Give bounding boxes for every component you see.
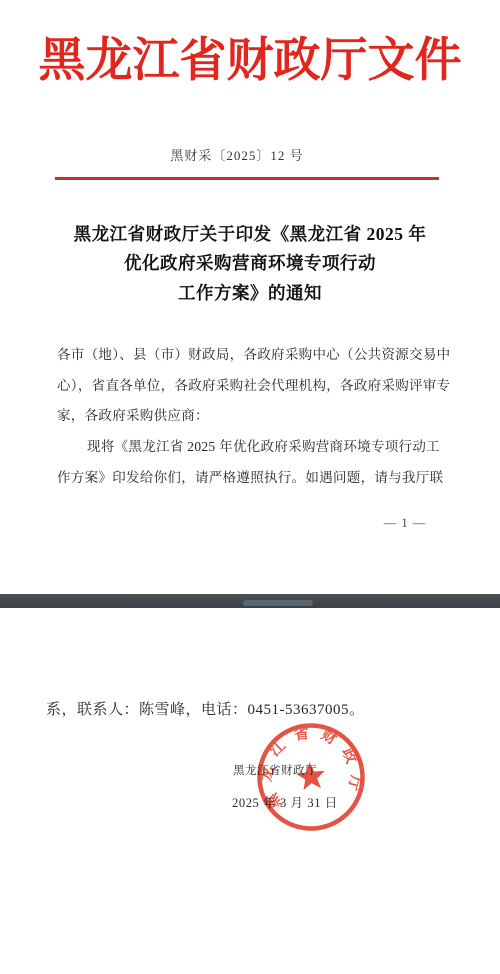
document-number: 黑财采〔2025〕12 号 xyxy=(0,146,487,166)
page-number: — 1 — xyxy=(350,516,460,531)
notice-title-line: 黑龙江省财政厅关于印发《黑龙江省 2025 年 xyxy=(0,220,500,249)
notice-title: 黑龙江省财政厅关于印发《黑龙江省 2025 年 优化政府采购营商环境专项行动 工… xyxy=(0,220,500,308)
body-line: 家，各政府采购供应商： xyxy=(57,401,457,432)
scan-artifact xyxy=(243,600,313,606)
official-seal: 黑龙江省财政厅 xyxy=(247,713,374,840)
body-text: 各市（地）、县（市）财政局，各政府采购中心（公共资源交易中 心），省直各单位，各… xyxy=(57,340,457,494)
seal-star-icon xyxy=(295,761,326,791)
body-line: 作方案》印发给你们，请严格遵照执行。如遇问题，请与我厅联 xyxy=(57,463,457,494)
contact-line: 系，联系人：陈雪峰，电话：0451-53637005。 xyxy=(46,698,365,719)
red-divider-line xyxy=(55,177,439,180)
body-line: 心），省直各单位，各政府采购社会代理机构，各政府采购评审专 xyxy=(57,371,457,402)
body-line: 各市（地）、县（市）财政局，各政府采购中心（公共资源交易中 xyxy=(57,340,457,371)
scanned-document-view: 黑龙江省财政厅文件 黑财采〔2025〕12 号 黑龙江省财政厅关于印发《黑龙江省… xyxy=(0,0,500,974)
document-header-title: 黑龙江省财政厅文件 xyxy=(0,30,500,92)
body-line: 现将《黑龙江省 2025 年优化政府采购营商环境专项行动工 xyxy=(57,432,457,463)
notice-title-line: 工作方案》的通知 xyxy=(0,279,500,308)
notice-title-line: 优化政府采购营商环境专项行动 xyxy=(0,249,500,278)
